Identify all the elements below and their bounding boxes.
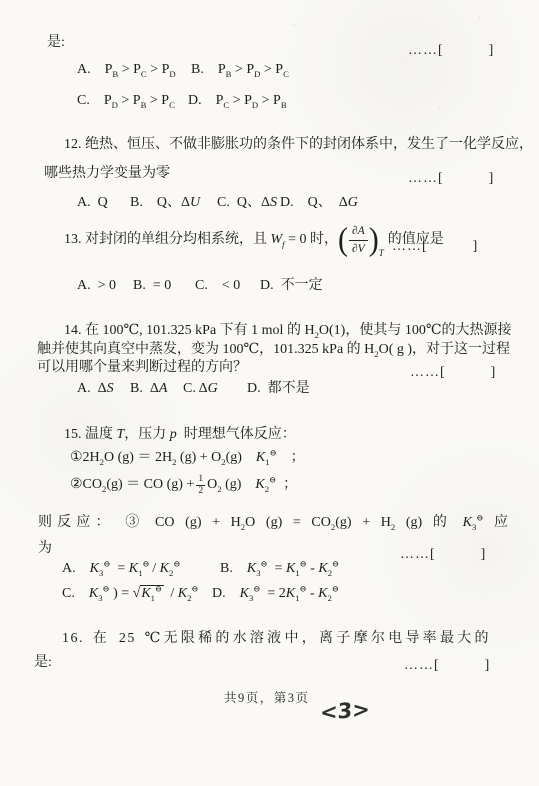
scanned-exam-page: 是: ……[ ] A. PB > PC > PD B. PB > PD > PC…	[0, 0, 539, 786]
q15-equation-3: 则反应： ③ CO (g) + H2O (g) = CO2(g) + H2 (g…	[38, 514, 508, 532]
q12-line-2: 哪些热力学变量为零	[44, 165, 170, 183]
one-half-fraction: 1 2	[196, 474, 205, 497]
q15-equation-2: ②CO2(g) ＝ CO (g) + 1 2 O2 (g) K2⊖ ；	[70, 471, 297, 499]
q15-equation-1: ①2H2O (g) ＝ 2H2 (g) + O2(g) K1⊖ ；	[70, 449, 305, 467]
scan-noise: ·˙	[478, 12, 484, 22]
q13-text-before: 13. 对封闭的单组分均相系统，且 Wf = 0 时，	[64, 231, 338, 249]
handwritten-page-number: <3>	[320, 696, 371, 726]
q15-answer-bracket: ……[ ]	[400, 546, 486, 564]
page-footer: 共9页，第3页	[224, 691, 310, 707]
q14-line-1: 14. 在 100℃, 101.325 kPa 下有 1 mol 的 H2O(1…	[64, 322, 512, 340]
q15-option-c-pre: C. K3⊖ ) =	[62, 586, 129, 601]
q14-option-b: B. ΔA	[130, 380, 167, 398]
half-denominator: 2	[198, 486, 203, 497]
q15-option-c: C. K3⊖ ) = √K1⊖ / K2⊖	[62, 585, 198, 603]
q12-line-1: 12. 绝热、恒压、不做非膨胀功的条件下的封闭体系中，发生了一化学反应，	[64, 136, 533, 154]
scan-noise: ·	[460, 712, 463, 722]
q16-line-1: 16. 在 25 ℃无限稀的水溶液中，离子摩尔电导率最大的	[62, 630, 490, 648]
open-paren: (	[338, 224, 348, 257]
q12-answer-bracket: ……[ ]	[408, 170, 494, 188]
close-paren: )	[369, 224, 379, 257]
q16-lead: 是:	[34, 654, 52, 672]
q15-option-d: D. K3⊖ = 2K1⊖ - K2⊖	[212, 585, 339, 603]
q12-option-b: B. Q、ΔU	[130, 194, 200, 212]
q12-option-a: A. Q	[77, 194, 108, 212]
q14-line-2: 触并使其向真空中蒸发，变为 100℃，101.325 kPa 的 H2O( g …	[37, 341, 510, 359]
q13-option-b: B. = 0	[133, 277, 171, 295]
q13-option-d: D. 不一定	[260, 277, 323, 295]
radicand: K1⊖	[140, 585, 164, 601]
q15-option-c-post: / K2⊖	[168, 586, 199, 601]
q14-line-3: 可以用哪个量来判断过程的方向？	[37, 359, 247, 377]
half-numerator: 1	[196, 474, 205, 486]
scan-noise: .	[300, 460, 302, 470]
scan-noise: ᵕ·	[290, 19, 299, 30]
q14-option-d: D. 都不是	[247, 380, 310, 398]
q15-option-b: B. K3⊖ = K1⊖ - K2⊖	[220, 560, 339, 578]
q12-option-d: D. Q、 ΔG	[280, 194, 358, 212]
q15-eq2-left: ②CO2(g) ＝ CO (g) +	[70, 476, 194, 494]
q15-option-a: A. K3⊖ = K1⊖ / K2⊖	[62, 560, 180, 578]
fraction-subscript-T: T	[379, 248, 384, 259]
q12-option-c: C. Q、ΔS	[217, 194, 277, 212]
q11-answer-bracket: ……[ ]	[408, 42, 494, 60]
square-root: √K1⊖	[133, 585, 164, 601]
q11-option-c: C. PD > PB > PC	[77, 92, 175, 110]
q13-answer-bracket: ……[ ]	[392, 238, 478, 256]
q15-intro: 15. 温度 T，压力 p 时理想气体反应：	[64, 426, 296, 444]
q13-option-a: A. > 0	[77, 277, 116, 295]
q14-option-c: C. ΔG	[183, 380, 218, 398]
q11-option-d: D. PC > PD > PB	[188, 92, 287, 110]
q14-answer-bracket: ……[ ]	[410, 364, 496, 382]
q13-option-c: C. < 0	[195, 277, 240, 295]
q11-option-b: B. PB > PD > PC	[191, 61, 289, 79]
q14-option-a: A. ΔS	[77, 380, 114, 398]
q15-eq2-right: O2 (g) K2⊖ ；	[207, 476, 297, 494]
fraction-numerator: ∂A	[349, 224, 368, 240]
q11-option-a: A. PB > PC > PD	[77, 61, 176, 79]
q11-lead: 是:	[47, 34, 65, 52]
q16-answer-bracket: ……[ ]	[404, 657, 490, 675]
partial-derivative-fraction: ∂A ∂V	[349, 224, 368, 256]
q15-equation-3-tail: 为	[38, 540, 52, 558]
fraction-denominator: ∂V	[352, 241, 365, 256]
scan-noise: ·	[438, 103, 441, 113]
q13-line: 13. 对封闭的单组分均相系统，且 Wf = 0 时， ( ∂A ∂V ) T …	[64, 221, 444, 259]
